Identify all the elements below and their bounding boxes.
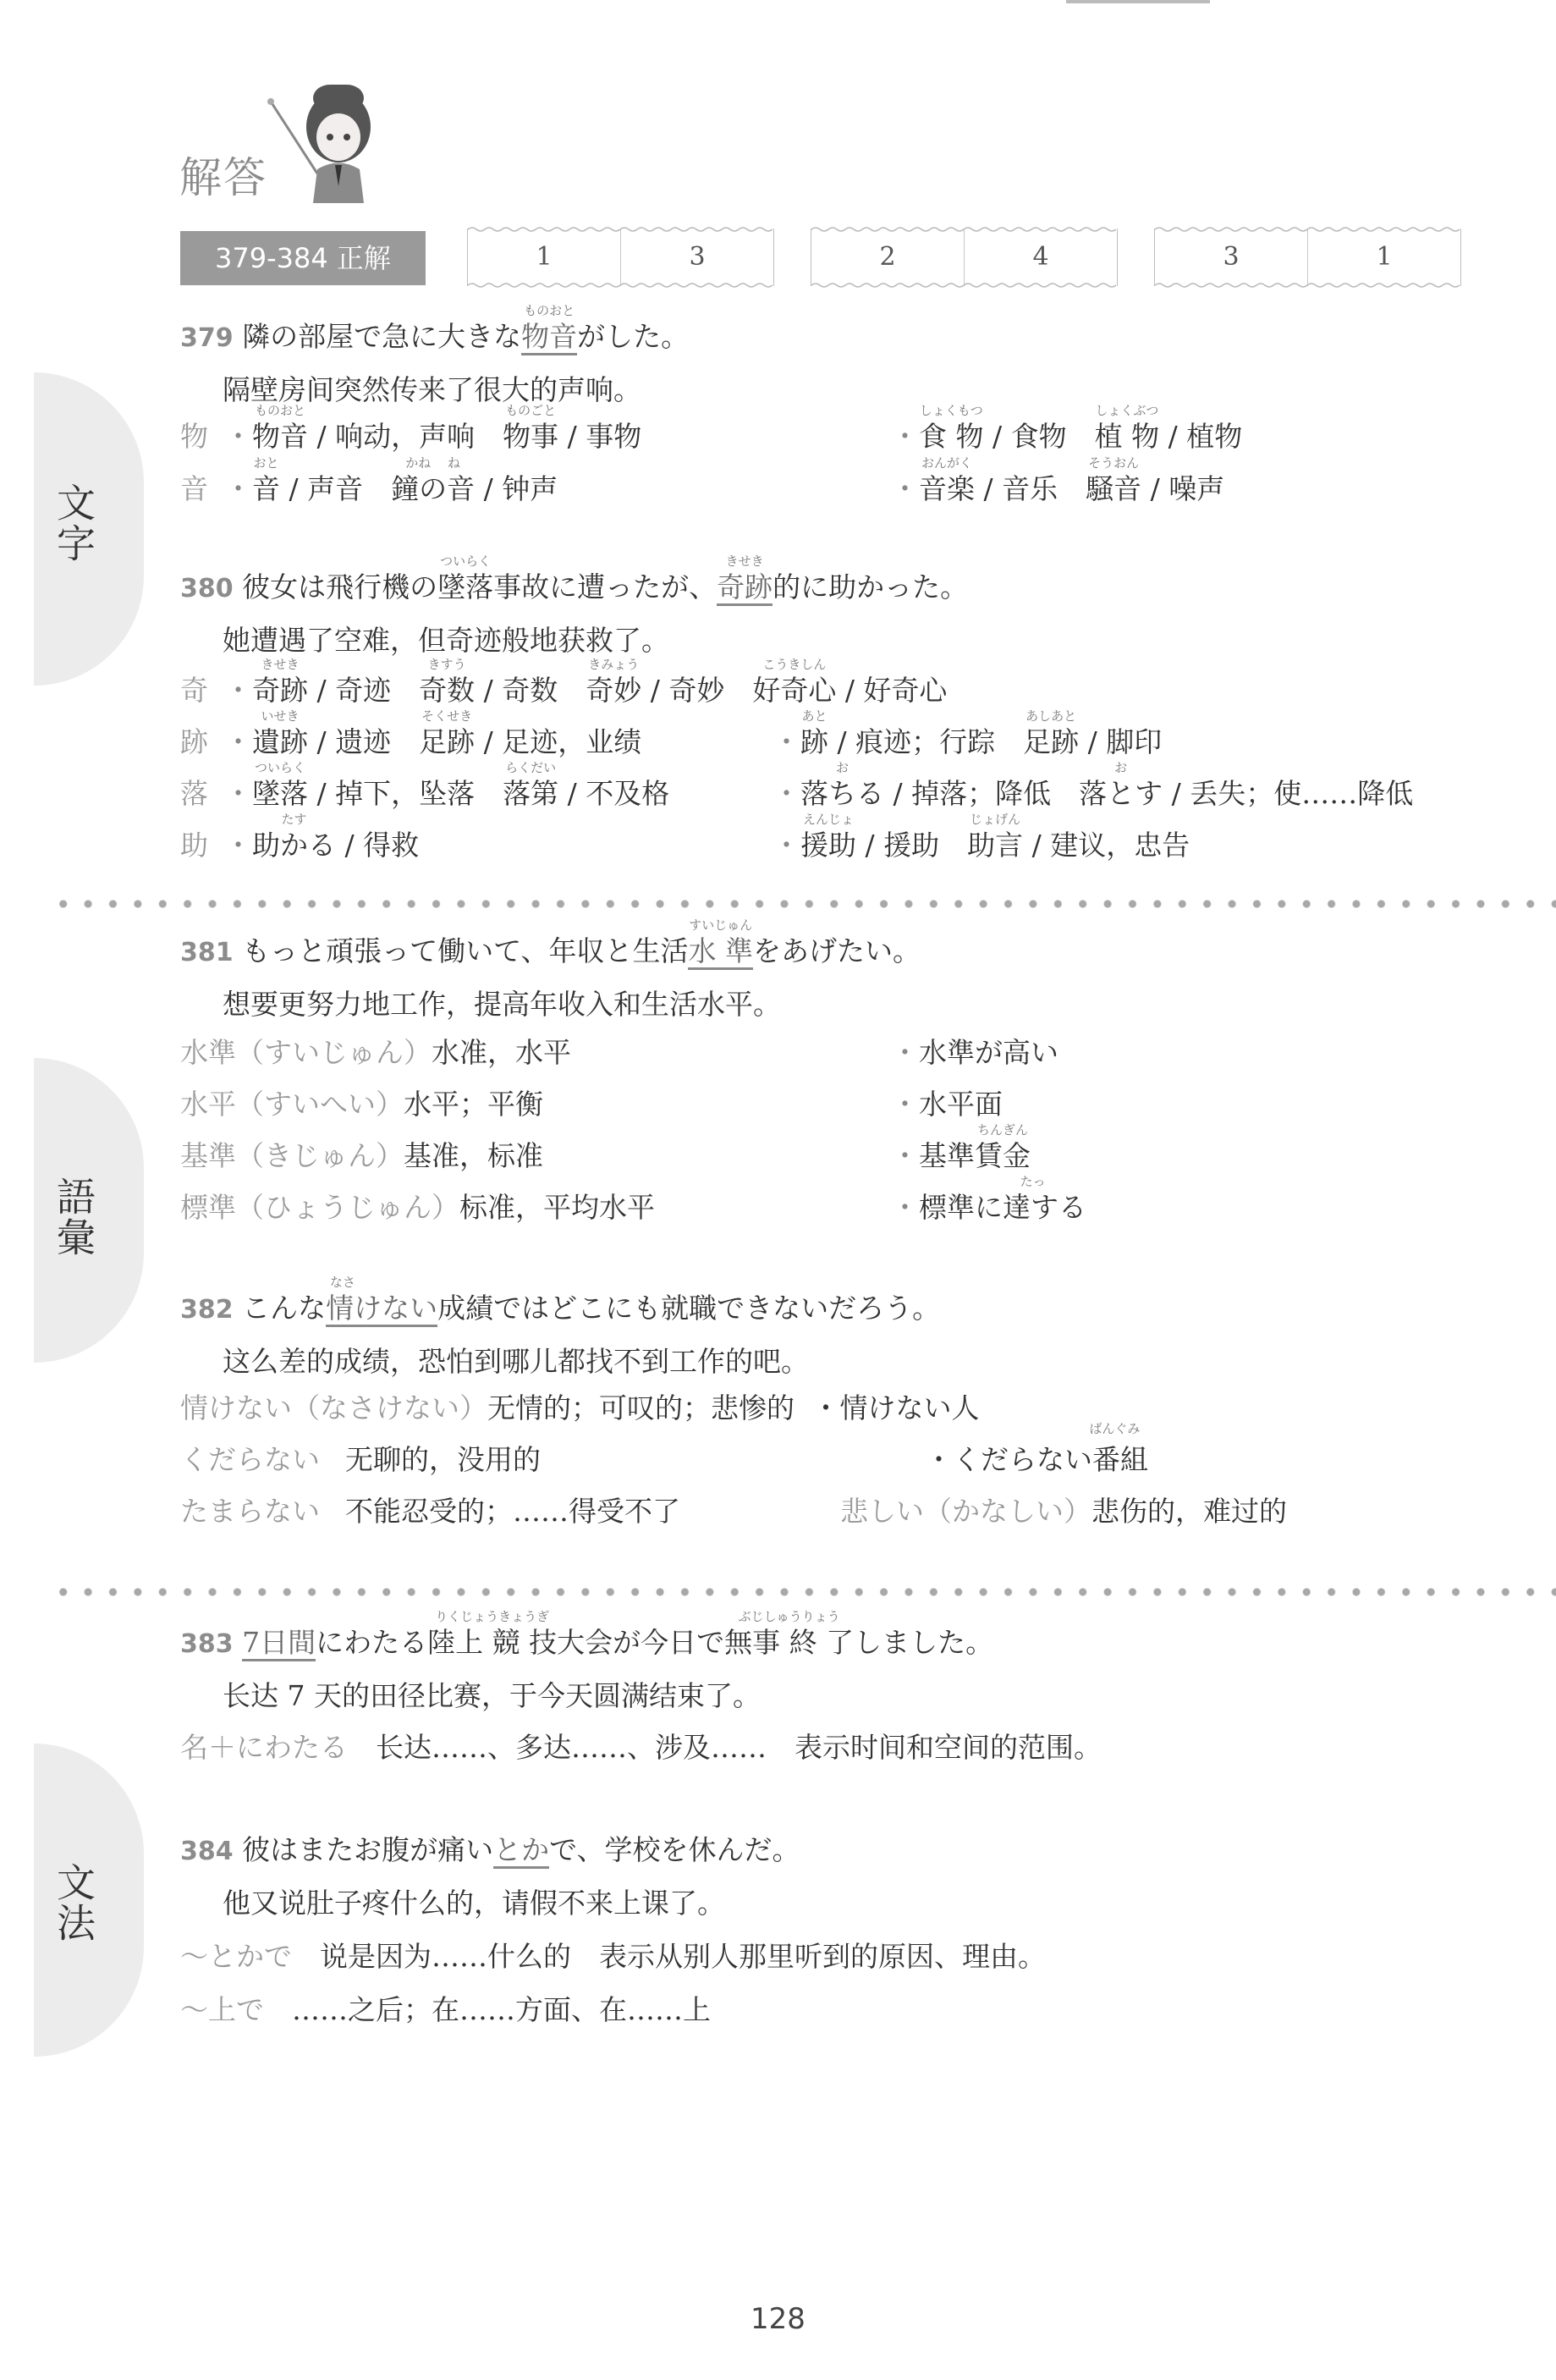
question-number: 381 xyxy=(180,938,234,967)
vocab-word: 援助 xyxy=(800,829,856,862)
furigana: しょくぶつ xyxy=(1095,401,1158,419)
wavy-border-icon xyxy=(1155,282,1460,289)
translation: 他又说肚子疼什么的，请假不来上课了。 xyxy=(223,1881,1046,1921)
wavy-border-icon xyxy=(811,282,1116,289)
vocab-term: 水準（すいじゅん） xyxy=(180,1036,432,1069)
question-384: 384 彼はまたお腹が痛いとかで、学校を休んだ。 他又说肚子疼什么的，请假不来上… xyxy=(180,1828,1046,2028)
vocab-meaning: / 丢失；使……降低 xyxy=(1163,777,1413,810)
question-383: 383 7日間にわたる陸上 競 技りくじょうきょうぎ大会が今日で無事 終 了ぶじ… xyxy=(180,1621,1102,1766)
vocab-meaning: / 噪声 xyxy=(1141,472,1224,505)
side-tab-goi: 語彙 xyxy=(34,1058,144,1363)
furigana: たす xyxy=(281,810,306,828)
kanji-head: 奇 xyxy=(180,669,208,708)
answer-range-label: 379-384 正解 xyxy=(180,231,426,285)
dotted-separator xyxy=(51,898,1556,910)
example-text: 基準賃金 xyxy=(919,1139,1031,1172)
vocab-word: 助言 xyxy=(967,829,1023,862)
question-sentence: 384 彼はまたお腹が痛いとかで、学校を休んだ。 xyxy=(180,1828,1046,1868)
vocab-left: ・音おと / 声音 鐘の音かね ね / 钟声 xyxy=(224,467,558,507)
furigana: ものおと xyxy=(524,301,575,319)
question-sentence: 380 彼女は飛行機の墜落ついらく事故に遭ったが、奇跡きせき的に助かった。 xyxy=(180,565,968,605)
vocab-left: ・物音ものおと / 响动，声响 物事ものごと / 事物 xyxy=(224,415,641,455)
vocab-meaning: / 不及格 xyxy=(558,777,669,810)
vocab-right: ・援助えんじょ / 援助 助言じょげん / 建议，忠告 xyxy=(773,824,1190,863)
vocab-meaning: / 声音 xyxy=(280,472,363,505)
vocab-379: 物 ・物音ものおと / 响动，声响 物事ものごと / 事物 ・食 物しょくもつ … xyxy=(180,415,1449,520)
answer-group-2: 2 4 xyxy=(811,229,1118,286)
page-number: 128 xyxy=(0,2302,1556,2336)
question-number: 384 xyxy=(180,1837,234,1866)
furigana: そくせき xyxy=(421,707,472,724)
grammar-meaning: 说是因为……什么的 xyxy=(320,1940,571,1973)
side-tab-label: 語彙 xyxy=(46,1176,102,1258)
target-word: 7日間 xyxy=(242,1626,316,1661)
translation: 想要更努力地工作，提高年收入和生活水平。 xyxy=(223,983,921,1022)
furigana: ものごと xyxy=(505,401,556,419)
vocab-word: 食 物 xyxy=(919,420,984,453)
vocab-example: ・くだらない番組ばんぐみ xyxy=(925,1438,1148,1478)
side-tab-moji: 文字 xyxy=(34,372,144,686)
vocab-word: 騒音 xyxy=(1086,472,1141,505)
vocab-row: 情けない（なさけない）无情的；可叹的；悲惨的 ・情けない人 xyxy=(180,1386,1449,1438)
furigana: おんがく xyxy=(921,454,972,471)
vocab-example: ・水準が高い xyxy=(891,1031,1058,1071)
furigana: きみょう xyxy=(588,655,639,673)
answer-cell: 2 xyxy=(811,229,964,286)
vocab-example: ・水平面 xyxy=(891,1083,1003,1122)
vocab-row: くだらない无聊的，没用的 ・くだらない番組ばんぐみ xyxy=(180,1438,1449,1490)
grammar-pattern: ～上で xyxy=(180,1993,264,2026)
vocab-word: 鐘の音 xyxy=(391,472,475,505)
vocab-left: ・助かるたす / 得救 xyxy=(224,824,419,863)
question-number: 382 xyxy=(180,1295,234,1325)
ruby-word: 墜落 xyxy=(437,570,493,603)
vocab-word: 跡 xyxy=(800,725,828,758)
furigana: えんじょ xyxy=(803,810,854,828)
translation: 她遭遇了空难，但奇迹般地获救了。 xyxy=(223,619,968,658)
vocab-right: ・食 物しょくもつ / 食物 植 物しょくぶつ / 植物 xyxy=(891,415,1242,455)
furigana: こうきしん xyxy=(762,655,826,673)
vocab-word: 足跡 xyxy=(1023,725,1079,758)
vocab-meaning: / 得救 xyxy=(336,829,419,862)
vocab-meaning: / 钟声 xyxy=(475,472,558,505)
translation: 长达 7 天的田径比赛，于今天圆满结束了。 xyxy=(223,1674,1102,1714)
sentence-text: しました。 xyxy=(854,1626,993,1659)
vocab-row: 基準（きじゅん）基准，标准 ・基準賃金ちんぎん xyxy=(180,1134,1449,1186)
vocab-example: ・標準に達するたっ xyxy=(891,1186,1086,1226)
question-sentence: 382 こんな情けないなさ成績ではどこにも就職できないだろう。 xyxy=(180,1286,940,1326)
wavy-border-icon xyxy=(811,226,1116,233)
question-382: 382 こんな情けないなさ成績ではどこにも就職できないだろう。 这么差的成绩，恐… xyxy=(180,1286,940,1380)
grammar-pattern: 名＋にわたる xyxy=(180,1731,348,1764)
sentence-text: で、学校を休んだ。 xyxy=(549,1833,800,1866)
grammar-note-text: 表示时间和空间的范围。 xyxy=(794,1731,1102,1764)
vocab-left: ・墜落ついらく / 掉下，坠落 落第らくだい / 不及格 xyxy=(224,772,669,812)
furigana: きせき xyxy=(726,552,764,570)
furigana: なさ xyxy=(330,1273,355,1291)
furigana: おと xyxy=(253,454,278,471)
vocab-meaning: / 建议，忠告 xyxy=(1023,829,1190,862)
side-tab-label: 文字 xyxy=(46,482,102,564)
vocab-word: 植 物 xyxy=(1095,420,1160,453)
vocab-word: 足跡 xyxy=(419,725,475,758)
vocab-meaning: / 痕迹；行踪 xyxy=(828,725,995,758)
vocab-term: 悲しい（かなしい） xyxy=(840,1495,1091,1528)
vocab-term: 水平（すいへい） xyxy=(180,1088,404,1121)
furigana: ついらく xyxy=(255,758,305,776)
vocab-term: 情けない（なさけない） xyxy=(180,1391,487,1424)
translation: 这么差的成绩，恐怕到哪儿都找不到工作的吧。 xyxy=(223,1340,940,1380)
sentence-text: 隣の部屋で急に大きな xyxy=(242,320,521,353)
vocab-meaning: 水平；平衡 xyxy=(404,1088,543,1121)
sentence-text: 的に助かった。 xyxy=(773,570,968,603)
question-sentence: 379 隣の部屋で急に大きな物音ものおとがした。 xyxy=(180,315,689,355)
vocab-meaning: / 食物 xyxy=(984,420,1067,453)
vocab-term: くだらない xyxy=(180,1443,320,1476)
vocab-meaning: / 奇妙 xyxy=(641,674,724,707)
target-word: 水 準すいじゅん xyxy=(688,934,753,970)
sentence-text: 成績ではどこにも就職できないだろう。 xyxy=(437,1292,940,1325)
answer-cell: 3 xyxy=(1155,229,1307,286)
furigana: らくだい xyxy=(505,758,556,776)
vocab-meaning: / 奇数 xyxy=(475,674,558,707)
example-text: ・くだらない番組 xyxy=(925,1443,1148,1476)
example-text: 標準に達する xyxy=(919,1191,1086,1224)
sentence-text: をあげたい。 xyxy=(753,934,921,967)
vocab-word: 遺跡 xyxy=(252,725,308,758)
vocab-meaning: 无情的；可叹的；悲惨的 xyxy=(487,1391,794,1424)
vocab-row: 奇 ・奇跡きせき / 奇迹 奇数きすう / 奇数 奇妙きみょう / 奇妙 好奇心… xyxy=(180,669,1500,720)
wavy-border-icon xyxy=(468,282,773,289)
target-word: 奇跡きせき xyxy=(717,570,773,606)
sentence-text: こんな xyxy=(242,1292,326,1325)
question-381: 381 もっと頑張って働いて、年収と生活水 準すいじゅんをあげたい。 想要更努力… xyxy=(180,929,921,1022)
question-sentence: 381 もっと頑張って働いて、年収と生活水 準すいじゅんをあげたい。 xyxy=(180,929,921,969)
page-edge-mark xyxy=(1066,0,1210,3)
answer-group-3: 3 1 xyxy=(1154,229,1461,286)
vocab-meaning: 无聊的，没用的 xyxy=(345,1443,541,1476)
answer-cell: 4 xyxy=(964,229,1117,286)
sentence-text: にわたる xyxy=(316,1626,427,1659)
vocab-row: 水準（すいじゅん）水准，水平 ・水準が高い xyxy=(180,1031,1449,1083)
vocab-meaning: / 掉落；降低 xyxy=(884,777,1051,810)
vocab-left: ・遺跡いせき / 遗迹 足跡そくせき / 足迹，业绩 xyxy=(224,720,641,760)
question-number: 380 xyxy=(180,574,234,603)
vocab-380: 奇 ・奇跡きせき / 奇迹 奇数きすう / 奇数 奇妙きみょう / 奇妙 好奇心… xyxy=(180,669,1500,875)
furigana: ばんぐみ xyxy=(1089,1419,1140,1437)
furigana: ちんぎん xyxy=(977,1121,1028,1138)
vocab-related: 悲しい（かなしい）悲伤的，难过的 xyxy=(840,1490,1287,1529)
vocab-right: ・跡あと / 痕迹；行踪 足跡あしあと / 脚印 xyxy=(773,720,1162,760)
vocab-meaning: / 足迹，业绩 xyxy=(475,725,641,758)
furigana: きせき xyxy=(261,655,299,673)
sentence-text: 大会が今日で xyxy=(557,1626,724,1659)
wavy-border-icon xyxy=(1155,226,1460,233)
vocab-term: たまらない xyxy=(180,1495,320,1528)
furigana: しょくもつ xyxy=(920,401,983,419)
furigana: じょげん xyxy=(970,810,1020,828)
wavy-border-icon xyxy=(468,226,773,233)
target-word: とか xyxy=(493,1833,549,1869)
dotted-separator xyxy=(51,1586,1556,1598)
vocab-meaning: 水准，水平 xyxy=(432,1036,571,1069)
example-text: 水準が高い xyxy=(919,1036,1058,1069)
answer-cell: 1 xyxy=(468,229,620,286)
target-word: 情けないなさ xyxy=(326,1292,437,1327)
vocab-meaning: / 奇迹 xyxy=(308,674,391,707)
sentence-text: 彼はまたお腹が痛い xyxy=(242,1833,493,1866)
vocab-term: 基準（きじゅん） xyxy=(180,1139,404,1172)
vocab-meaning: / 遗迹 xyxy=(308,725,391,758)
furigana: かね ね xyxy=(405,454,460,471)
question-380: 380 彼女は飛行機の墜落ついらく事故に遭ったが、奇跡きせき的に助かった。 她遭… xyxy=(180,565,968,658)
furigana: りくじょうきょうぎ xyxy=(435,1607,549,1625)
furigana: きすう xyxy=(428,655,466,673)
question-number: 379 xyxy=(180,323,234,353)
kanji-head: 落 xyxy=(180,772,208,812)
vocab-word: 音 xyxy=(252,472,280,505)
vocab-word: 墜落 xyxy=(252,777,308,810)
vocab-term: 標準（ひょうじゅん） xyxy=(180,1191,459,1224)
question-sentence: 383 7日間にわたる陸上 競 技りくじょうきょうぎ大会が今日で無事 終 了ぶじ… xyxy=(180,1621,1102,1661)
sentence-text: 事故に遭ったが、 xyxy=(493,570,717,603)
furigana: お xyxy=(1114,758,1127,776)
grammar-meaning: ……之后；在……方面、在……上 xyxy=(292,1993,711,2026)
vocab-row: 標準（ひょうじゅん）标准，平均水平 ・標準に達するたっ xyxy=(180,1186,1449,1237)
vocab-meaning: / 音乐 xyxy=(975,472,1058,505)
vocab-meaning: / 掉下，坠落 xyxy=(308,777,475,810)
vocab-word: 物音 xyxy=(252,420,308,453)
grammar-note: ～とかで 说是因为……什么的 表示从别人那里听到的原因、理由。 xyxy=(180,1935,1046,1975)
ruby-word: 無事 終 了 xyxy=(724,1626,854,1659)
target-text: 情けない xyxy=(326,1292,437,1325)
vocab-word: 音楽 xyxy=(919,472,975,505)
furigana: そうおん xyxy=(1088,454,1139,471)
vocab-word: 奇妙 xyxy=(586,674,641,707)
ruby-word: 陸上 競 技 xyxy=(427,1626,557,1659)
vocab-meaning: / 援助 xyxy=(856,829,939,862)
vocab-row: 水平（すいへい）水平；平衡 ・水平面 xyxy=(180,1083,1449,1134)
furigana: ぶじしゅうりょう xyxy=(739,1607,840,1625)
vocab-row: 音 ・音おと / 声音 鐘の音かね ね / 钟声 ・音楽おんがく / 音乐 騒音… xyxy=(180,467,1449,520)
vocab-meaning: 基准，标准 xyxy=(404,1139,543,1172)
vocab-row: たまらない不能忍受的；……得受不了 悲しい（かなしい）悲伤的，难过的 xyxy=(180,1490,1449,1541)
vocab-example: ・基準賃金ちんぎん xyxy=(891,1134,1031,1174)
vocab-meaning: / 事物 xyxy=(558,420,641,453)
furigana: いせき xyxy=(261,707,299,724)
teacher-mascot-icon xyxy=(254,76,389,203)
side-tab-label: 文法 xyxy=(46,1862,102,1943)
vocab-meaning: / 响动，声响 xyxy=(308,420,475,453)
kanji-head: 音 xyxy=(180,467,208,507)
vocab-right: ・落ちるお / 掉落；降低 落とすお / 丢失；使……降低 xyxy=(773,772,1413,812)
grammar-pattern: ～とかで xyxy=(180,1940,292,1973)
vocab-row: 助 ・助かるたす / 得救 ・援助えんじょ / 援助 助言じょげん / 建议，忠… xyxy=(180,824,1500,875)
grammar-note-text: 表示从别人那里听到的原因、理由。 xyxy=(599,1940,1046,1973)
answer-cell: 1 xyxy=(1307,229,1460,286)
grammar-note: 名＋にわたる 长达……、多达……、涉及…… 表示时间和空间的范围。 xyxy=(180,1726,1102,1766)
furigana: ものおと xyxy=(255,401,305,419)
grammar-meaning: 长达……、多达……、涉及…… xyxy=(376,1731,767,1764)
vocab-meaning: 悲伤的，难过的 xyxy=(1091,1495,1287,1528)
grammar-note: ～上で ……之后；在……方面、在……上 xyxy=(180,1988,1046,2028)
vocab-word: 助かる xyxy=(252,829,336,862)
target-text: 物音 xyxy=(521,320,577,353)
answer-group-1: 1 3 xyxy=(467,229,774,286)
side-tab-bunpo: 文法 xyxy=(34,1744,144,2057)
vocab-row: 物 ・物音ものおと / 响动，声响 物事ものごと / 事物 ・食 物しょくもつ … xyxy=(180,415,1449,467)
vocab-word: 落ちる xyxy=(800,777,884,810)
vocab-meaning: 标准，平均水平 xyxy=(459,1191,655,1224)
furigana: あしあと xyxy=(1025,707,1076,724)
vocab-meaning: / 脚印 xyxy=(1079,725,1162,758)
vocab-word: 好奇心 xyxy=(752,674,836,707)
furigana: たっ xyxy=(1020,1172,1046,1190)
vocab-381: 水準（すいじゅん）水准，水平 ・水準が高い 水平（すいへい）水平；平衡 ・水平面… xyxy=(180,1031,1449,1237)
target-word: 物音ものおと xyxy=(521,320,577,355)
vocab-left: ・奇跡きせき / 奇迹 奇数きすう / 奇数 奇妙きみょう / 奇妙 好奇心こう… xyxy=(224,669,947,708)
sentence-text: 彼女は飛行機の xyxy=(242,570,437,603)
furigana: お xyxy=(836,758,849,776)
kanji-head: 物 xyxy=(180,415,208,455)
vocab-meaning: 不能忍受的；……得受不了 xyxy=(345,1495,680,1528)
kanji-head: 助 xyxy=(180,824,208,863)
furigana: すいじゅん xyxy=(689,916,752,934)
vocab-example: ・情けない人 xyxy=(812,1391,980,1424)
vocab-382: 情けない（なさけない）无情的；可叹的；悲惨的 ・情けない人 くだらない无聊的，没… xyxy=(180,1386,1449,1541)
answer-cell: 3 xyxy=(620,229,773,286)
sentence-text: もっと頑張って働いて、年収と生活 xyxy=(242,934,688,967)
vocab-word: 落とす xyxy=(1079,777,1163,810)
target-text: 水 準 xyxy=(688,934,753,967)
kanji-head: 跡 xyxy=(180,720,208,760)
question-379: 379 隣の部屋で急に大きな物音ものおとがした。 隔壁房间突然传来了很大的声响。 xyxy=(180,315,689,408)
question-number: 383 xyxy=(180,1629,234,1659)
vocab-word: 奇跡 xyxy=(252,674,308,707)
example-text: 水平面 xyxy=(919,1088,1003,1121)
furigana: ついらく xyxy=(440,552,491,570)
target-text: 奇跡 xyxy=(717,570,773,603)
vocab-word: 落第 xyxy=(503,777,558,810)
vocab-meaning: / 植物 xyxy=(1159,420,1242,453)
vocab-word: 奇数 xyxy=(419,674,475,707)
vocab-meaning: / 好奇心 xyxy=(836,674,947,707)
vocab-word: 物事 xyxy=(503,420,558,453)
sentence-text: がした。 xyxy=(577,320,689,353)
vocab-right: ・音楽おんがく / 音乐 騒音そうおん / 噪声 xyxy=(891,467,1224,507)
furigana: あと xyxy=(801,707,827,724)
